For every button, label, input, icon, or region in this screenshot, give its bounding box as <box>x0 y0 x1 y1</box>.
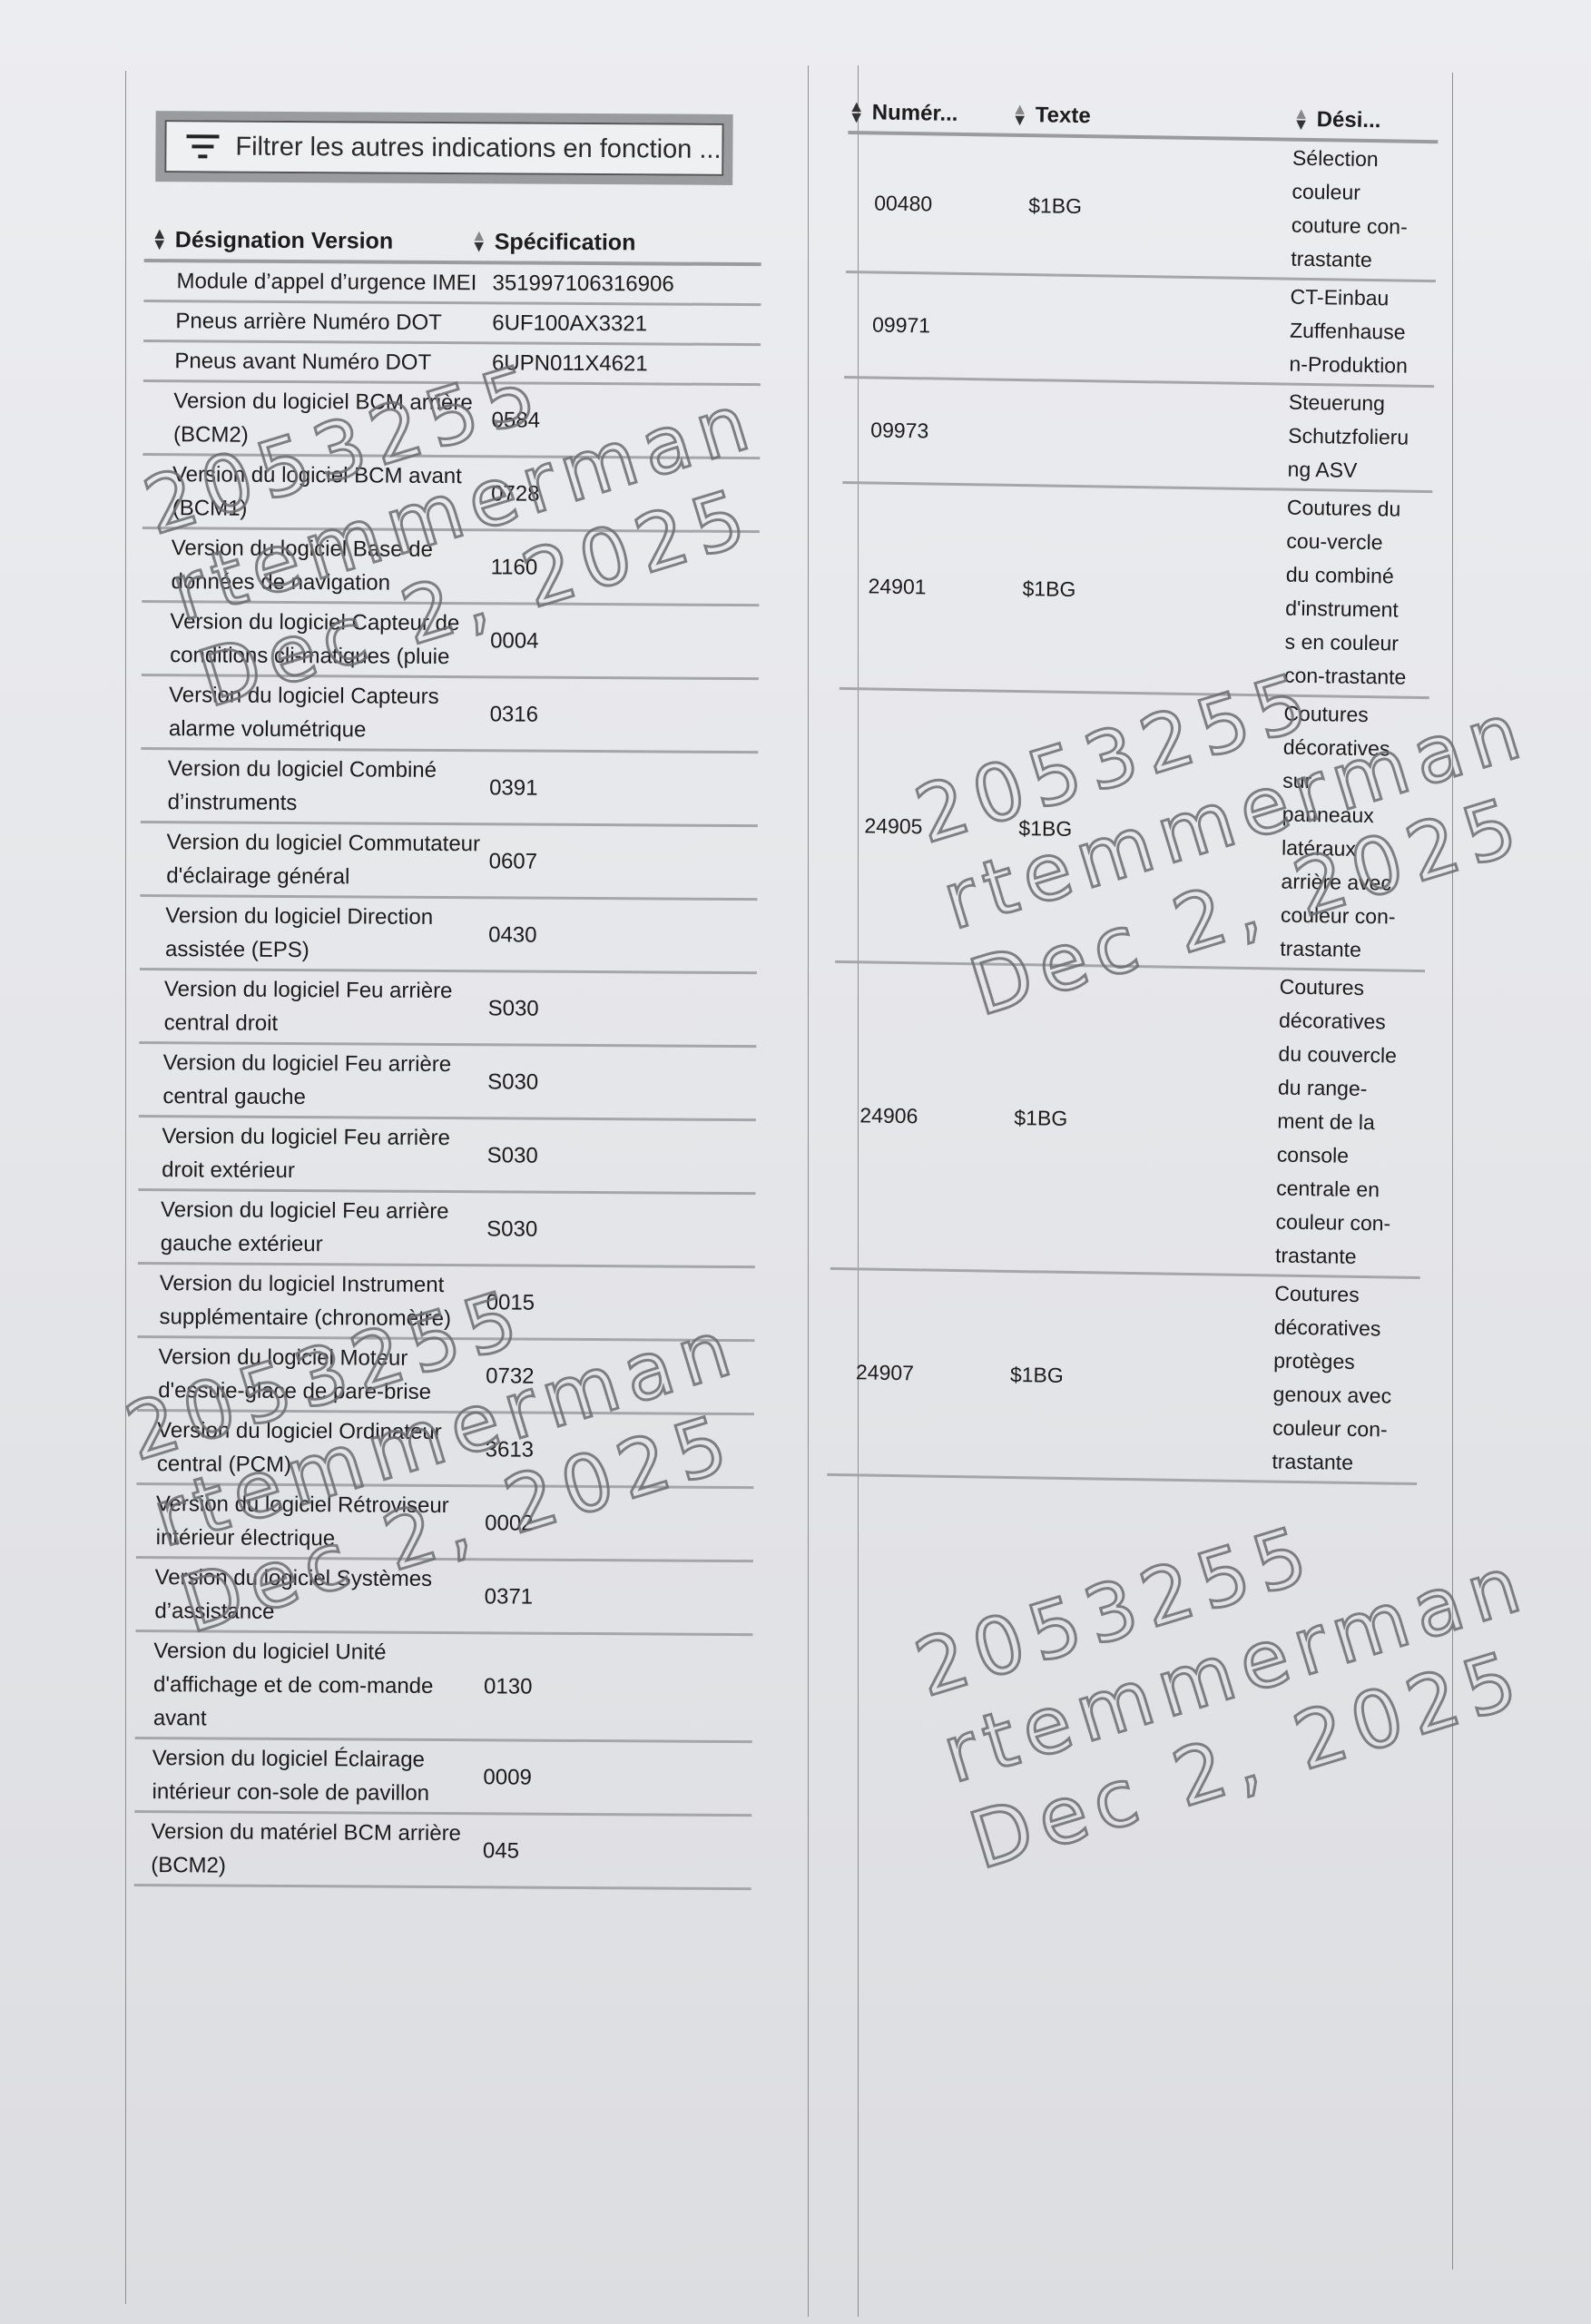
versions-table-body: Module d’appel d’urgence IMEI35199710631… <box>134 262 761 1890</box>
table-row[interactable]: Version du logiciel Feu arrière gauche e… <box>138 1191 755 1268</box>
texte-cell: $1BG <box>1004 576 1267 605</box>
table-row[interactable]: 24907$1BGCoutures décoratives protèges g… <box>827 1270 1419 1485</box>
table-row[interactable]: Module d’appel d’urgence IMEI35199710631… <box>143 262 761 306</box>
texte-cell: $1BG <box>996 1106 1259 1135</box>
watermark-date: Dec 2, 2025 <box>962 1639 1534 1881</box>
designation-cell: Coutures décoratives protèges genoux ave… <box>1253 1276 1397 1482</box>
table-row[interactable]: Version du logiciel BCM avant (BCM1)0728 <box>142 456 760 533</box>
column-header-numero[interactable]: ▲▼Numér... <box>849 100 1012 128</box>
designation-cell: Version du logiciel Feu arrière central … <box>139 1046 487 1115</box>
table-row[interactable]: Version du logiciel Rétroviseur intérieu… <box>136 1485 753 1562</box>
column-header-designation[interactable]: ▲▼Désignation Version <box>144 227 471 255</box>
texte-cell: $1BG <box>1010 192 1273 222</box>
page-divider-left <box>125 71 126 2304</box>
page-divider-right <box>1452 73 1453 2270</box>
specification-cell: 0015 <box>486 1285 755 1321</box>
specification-cell: 1160 <box>491 550 760 586</box>
designation-cell: Version du logiciel Capteur de condition… <box>142 605 490 674</box>
specification-cell: 0728 <box>491 477 760 512</box>
table-row[interactable]: 24906$1BGCoutures décoratives du couverc… <box>830 963 1425 1279</box>
page-divider-center-a <box>808 65 809 2317</box>
table-row[interactable]: Version du matériel BCM arrière (BCM2)04… <box>134 1813 751 1890</box>
column-header-texte[interactable]: ▲▼Texte <box>1012 103 1293 133</box>
designation-cell: Version du logiciel BCM arrière (BCM2) <box>142 384 491 453</box>
designation-cell: Version du logiciel Systèmes d’assistanc… <box>135 1561 484 1630</box>
designation-cell: Pneus arrière Numéro DOT <box>143 304 492 340</box>
table-row[interactable]: Version du logiciel Éclairage intérieur … <box>134 1739 751 1817</box>
designation-cell: Steuerung Schutzfolierung ASV <box>1269 385 1411 489</box>
designation-cell: Pneus avant Numéro DOT <box>143 344 492 379</box>
table-row[interactable]: Version du logiciel Feu arrière central … <box>139 1044 756 1121</box>
specification-cell: 0009 <box>483 1760 751 1796</box>
specification-cell: 045 <box>483 1834 751 1869</box>
specification-cell: 0130 <box>484 1669 752 1705</box>
designation-cell: Version du logiciel BCM avant (BCM1) <box>142 458 491 527</box>
texte-cell <box>1008 327 1272 331</box>
specification-cell: S030 <box>487 1138 756 1174</box>
specification-cell: 0607 <box>489 844 758 880</box>
table-row[interactable]: Version du logiciel BCM arrière (BCM2)05… <box>142 382 760 459</box>
versions-table-header: ▲▼Désignation Version ▲▼Spécification <box>144 227 761 266</box>
numero-cell: 09971 <box>845 312 1008 340</box>
options-table-body: 00480$1BGSélection couleur couture con-t… <box>827 134 1438 1485</box>
designation-cell: Coutures décoratives sur panneaux latéra… <box>1262 696 1407 969</box>
specification-cell: 0002 <box>485 1506 753 1541</box>
column-header-specification[interactable]: ▲▼Spécification <box>471 229 761 257</box>
sort-icon[interactable]: ▲▼ <box>849 103 863 124</box>
designation-cell: Version du logiciel Unité d'affichage et… <box>135 1634 485 1737</box>
specification-cell: 0430 <box>488 918 757 953</box>
options-panel: ▲▼Numér... ▲▼Texte ▲▼Dési... 00480$1BGSé… <box>827 100 1439 1485</box>
designation-cell: Version du logiciel Capteurs alarme volu… <box>141 678 489 747</box>
numero-cell: 24907 <box>829 1359 992 1386</box>
designation-cell: Coutures décoratives du couvercle du ran… <box>1257 970 1402 1275</box>
specification-cell: 6UPN011X4621 <box>492 346 761 381</box>
designation-cell: Version du matériel BCM arrière (BCM2) <box>134 1815 483 1884</box>
numero-cell: 09973 <box>843 418 1007 445</box>
designation-cell: Version du logiciel Direction assistée (… <box>140 899 488 968</box>
table-row[interactable]: Version du logiciel Systèmes d’assistanc… <box>135 1559 752 1636</box>
designation-cell: Sélection couleur couture con-trastante <box>1272 141 1415 279</box>
filter-input[interactable]: Filtrer les autres indications en foncti… <box>155 111 732 185</box>
table-row[interactable]: Version du logiciel Capteur de condition… <box>142 603 759 680</box>
specification-cell: S030 <box>487 1065 756 1100</box>
sort-icon[interactable]: ▲▼ <box>1012 104 1026 126</box>
table-row[interactable]: Version du logiciel Moteur d'essuie-glac… <box>137 1338 754 1415</box>
numero-cell: 24906 <box>832 1103 996 1130</box>
texte-cell: $1BG <box>1000 815 1263 844</box>
watermark-id: 2053255 <box>908 1514 1323 1709</box>
texte-cell: $1BG <box>992 1362 1255 1391</box>
designation-cell: CT-Einbau Zuffenhausen-Produktion <box>1271 280 1413 384</box>
table-row[interactable]: Version du logiciel Ordinateur central (… <box>136 1412 753 1489</box>
table-row[interactable]: Version du logiciel Feu arrière droit ex… <box>138 1118 755 1195</box>
designation-cell: Version du logiciel Feu arrière central … <box>139 972 487 1041</box>
table-row[interactable]: Pneus avant Numéro DOT6UPN011X4621 <box>143 342 761 386</box>
designation-cell: Version du logiciel Commutateur d'éclair… <box>140 825 488 894</box>
designation-cell: Version du logiciel Rétroviseur intérieu… <box>136 1487 485 1556</box>
filter-placeholder: Filtrer les autres indications en foncti… <box>235 132 721 164</box>
table-row[interactable]: Version du logiciel Feu arrière central … <box>139 970 756 1048</box>
sort-icon[interactable]: ▲▼ <box>152 230 166 251</box>
table-row[interactable]: Version du logiciel Capteurs alarme volu… <box>141 676 758 753</box>
table-row[interactable]: Version du logiciel Base de données de n… <box>142 529 759 606</box>
designation-cell: Version du logiciel Feu arrière gauche e… <box>138 1193 486 1262</box>
designation-cell: Module d’appel d’urgence IMEI <box>143 264 492 300</box>
table-row[interactable]: 24905$1BGCoutures décoratives sur pannea… <box>835 690 1429 972</box>
designation-cell: Version du logiciel Feu arrière droit ex… <box>138 1119 486 1188</box>
table-row[interactable]: Version du logiciel Direction assistée (… <box>140 897 757 974</box>
specification-cell: 3613 <box>486 1433 754 1468</box>
table-row[interactable]: Version du logiciel Unité d'affichage et… <box>135 1632 753 1743</box>
table-row[interactable]: Version du logiciel Instrument supplémen… <box>137 1265 754 1342</box>
table-row[interactable]: Pneus arrière Numéro DOT6UF100AX3321 <box>143 302 761 346</box>
sort-icon[interactable]: ▲▼ <box>471 232 486 254</box>
table-row[interactable]: Version du logiciel Commutateur d'éclair… <box>140 823 757 901</box>
specification-cell: 0584 <box>491 403 760 438</box>
column-header-designation[interactable]: ▲▼Dési... <box>1292 107 1438 135</box>
specification-cell: 0004 <box>490 624 759 659</box>
specification-cell: 0316 <box>490 697 759 733</box>
specification-cell: S030 <box>488 991 757 1027</box>
designation-cell: Version du logiciel Éclairage intérieur … <box>134 1741 483 1810</box>
table-row[interactable]: 09971CT-Einbau Zuffenhausen-Produktion <box>844 273 1436 388</box>
watermark-user: rtemmerman <box>935 1543 1537 1795</box>
designation-cell: Version du logiciel Ordinateur central (… <box>136 1413 485 1482</box>
designation-cell: Coutures du cou-vercle du combiné d'inst… <box>1266 490 1409 695</box>
designation-cell: Version du logiciel Instrument supplémen… <box>137 1266 486 1335</box>
specification-cell: 0371 <box>485 1580 753 1615</box>
specification-cell: 6UF100AX3321 <box>492 306 761 341</box>
versions-panel: Filtrer les autres indications en foncti… <box>134 64 762 1890</box>
numero-cell: 24901 <box>840 573 1004 600</box>
numero-cell: 00480 <box>847 190 1010 217</box>
designation-cell: Version du logiciel Combiné d’instrument… <box>141 752 489 821</box>
table-row[interactable]: 00480$1BGSélection couleur couture con-t… <box>846 134 1438 282</box>
designation-cell: Version du logiciel Base de données de n… <box>142 531 490 600</box>
table-row[interactable]: 09973Steuerung Schutzfolierung ASV <box>842 379 1434 493</box>
specification-cell: 0732 <box>486 1359 754 1394</box>
numero-cell: 24905 <box>837 812 1000 840</box>
filter-icon <box>184 134 221 158</box>
table-row[interactable]: 24901$1BGCoutures du cou-vercle du combi… <box>840 484 1432 699</box>
specification-cell: S030 <box>486 1212 755 1247</box>
designation-cell: Version du logiciel Moteur d'essuie-glac… <box>137 1340 486 1409</box>
sort-icon[interactable]: ▲▼ <box>1293 109 1308 131</box>
table-row[interactable]: Version du logiciel Combiné d’instrument… <box>141 750 758 827</box>
specification-cell: 0391 <box>489 771 758 806</box>
texte-cell <box>1007 432 1270 437</box>
specification-cell: 351997106316906 <box>492 266 761 301</box>
